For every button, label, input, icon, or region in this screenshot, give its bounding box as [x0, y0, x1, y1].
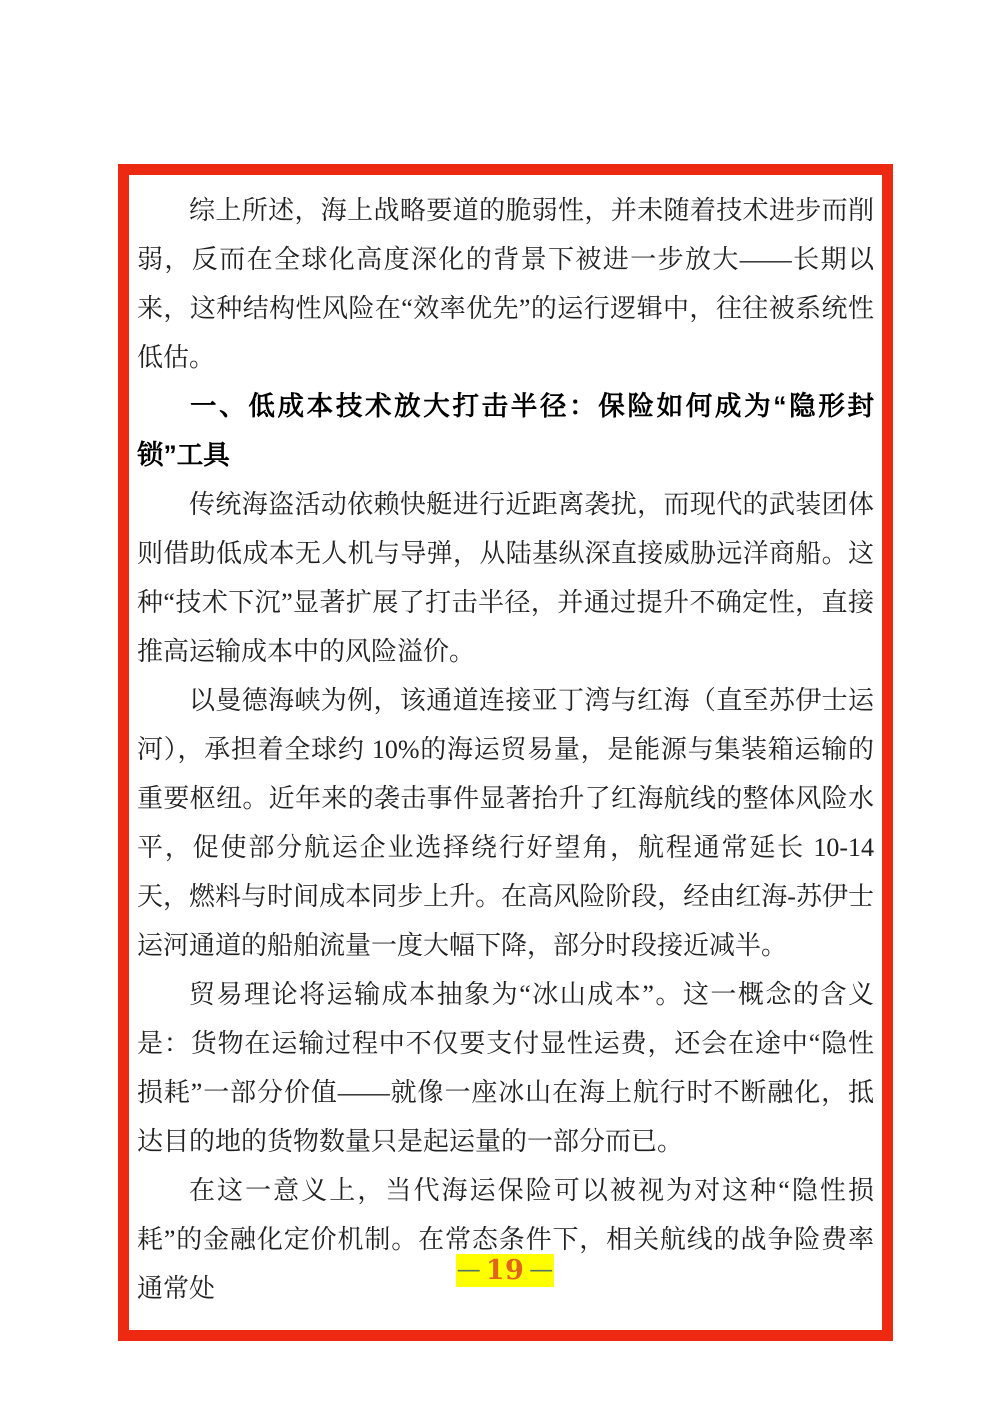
text-content: 综上所述，海上战略要道的脆弱性，并未随着技术进步而削弱，反而在全球化高度深化的背… — [137, 186, 874, 1313]
document-page: 综上所述，海上战略要道的脆弱性，并未随着技术进步而削弱，反而在全球化高度深化的背… — [0, 0, 1000, 1414]
section-heading: 一、低成本技术放大打击半径：保险如何成为“隐形封锁”工具 — [137, 382, 874, 480]
footer-dash-left: — — [457, 1257, 481, 1281]
body-paragraph: 贸易理论将运输成本抽象为“冰山成本”。这一概念的含义是：货物在运输过程中不仅要支… — [137, 970, 874, 1166]
body-paragraph: 综上所述，海上战略要道的脆弱性，并未随着技术进步而削弱，反而在全球化高度深化的背… — [137, 186, 874, 382]
body-paragraph: 在这一意义上，当代海运保险可以被视为对这种“隐性损耗”的金融化定价机制。在常态条… — [137, 1166, 874, 1313]
body-paragraph: 传统海盗活动依赖快艇进行近距离袭扰，而现代的武装团体则借助低成本无人机与导弹，从… — [137, 480, 874, 676]
page-number-badge: — 19 — — [456, 1254, 554, 1287]
body-paragraph: 以曼德海峡为例，该通道连接亚丁湾与红海（直至苏伊士运河），承担着全球约 10%的… — [137, 676, 874, 970]
red-border-frame: 综上所述，海上战略要道的脆弱性，并未随着技术进步而削弱，反而在全球化高度深化的背… — [118, 164, 893, 1341]
page-number: 19 — [486, 1257, 525, 1284]
footer-dash-right: — — [529, 1257, 553, 1281]
